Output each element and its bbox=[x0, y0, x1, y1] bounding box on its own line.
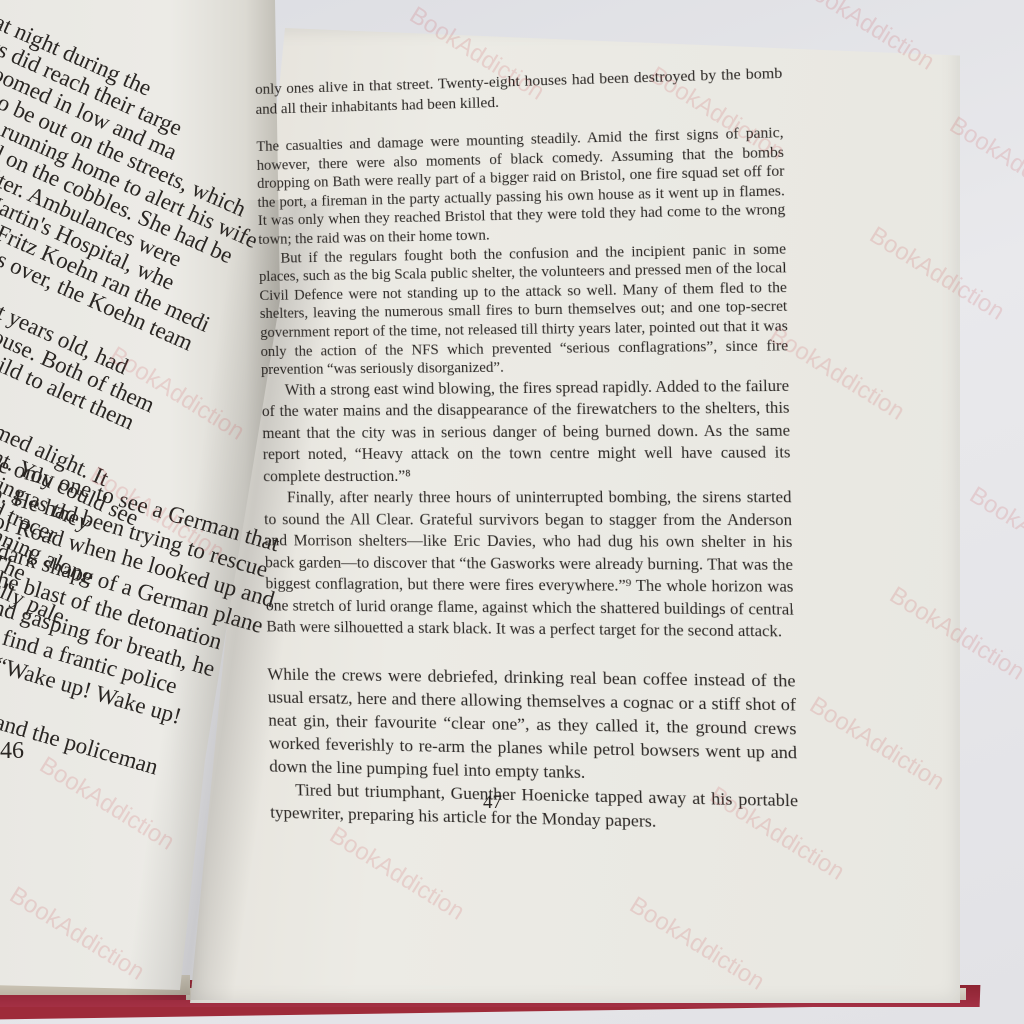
page-number-right: 47 bbox=[483, 792, 502, 814]
page-number-left: 46 bbox=[0, 738, 24, 765]
paragraph: With a strong east wind blowing, the fir… bbox=[261, 375, 791, 487]
paragraph: Finally, after nearly three hours of uni… bbox=[263, 487, 794, 644]
right-page-text: only ones alive in that street. Twenty-e… bbox=[255, 63, 799, 836]
paragraph: The casualties and damage were mounting … bbox=[256, 124, 786, 250]
paragraph: But if the regulars fought both the conf… bbox=[259, 240, 789, 380]
paragraph: While the crews were debriefed, drinking… bbox=[267, 662, 798, 788]
